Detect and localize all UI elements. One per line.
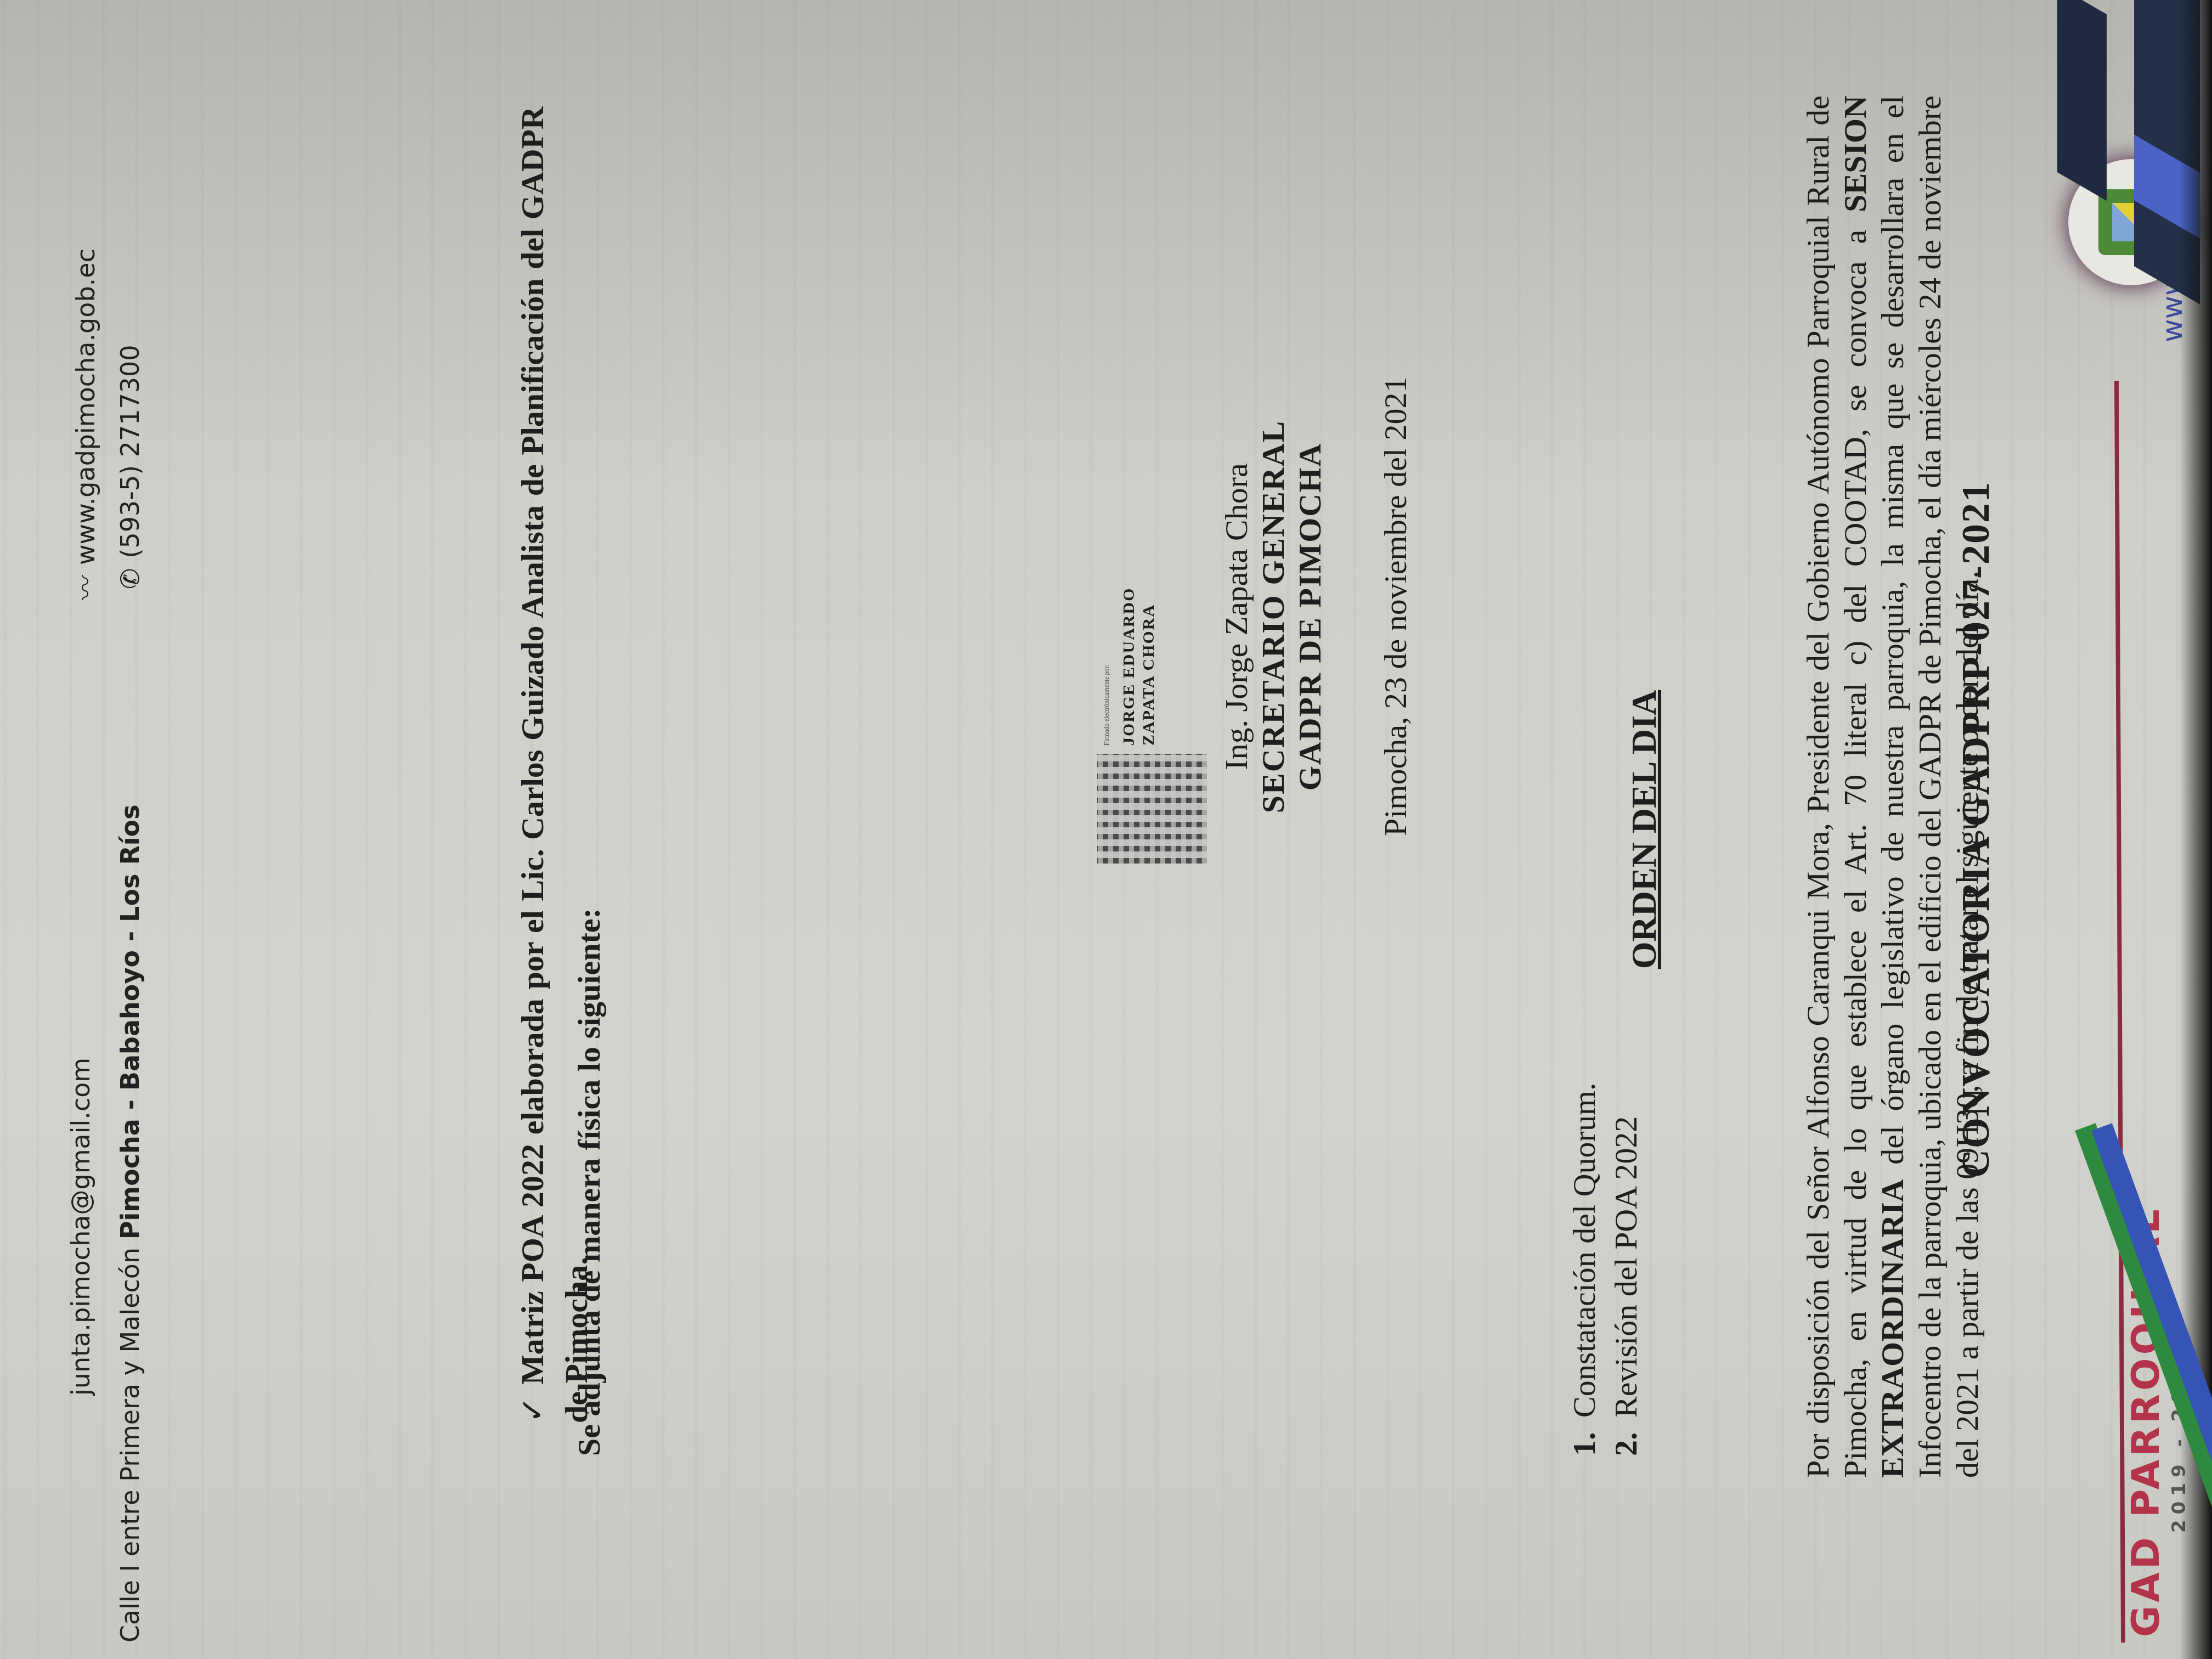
decor-stripe — [2057, 0, 2107, 201]
signer-line: JORGE EDUARDO — [1119, 587, 1139, 746]
checkmark-icon: ✓ — [510, 1385, 554, 1423]
document-page: GAD PARROQUIAL 2019 - 2023 www.gadpimoch… — [0, 0, 2212, 1659]
agenda-text: Revisión del POA 2022 — [1608, 1116, 1644, 1418]
signer-details: Ing. Jorge Zapata Chora SECRETARIO GENER… — [1218, 370, 1328, 864]
convocation-paragraph: Por disposición del Señor Alfonso Caranq… — [1799, 95, 1986, 1478]
address-text: Calle I entre Primera y Malecón — [115, 1248, 145, 1643]
attachment-item: ✓Matriz POA 2022 elaborada por el Lic. C… — [510, 106, 599, 1423]
e-signer-name: JORGE EDUARDO ZAPATA CHORA — [1119, 587, 1159, 746]
footer-address: Calle I entre Primera y Malecón Pimocha … — [115, 804, 145, 1643]
phone-text: (593-5) 2717300 — [115, 345, 145, 558]
footer-decor-stripes — [2080, 1066, 2212, 1659]
agenda-list: 1.Constatación del Quorum. 2.Revisión de… — [1564, 1082, 1647, 1456]
footer-email: junta.pimocha@gmail.com — [66, 1058, 95, 1396]
attachment-text: Matriz POA 2022 elaborada por el Lic. Ca… — [515, 106, 594, 1423]
qr-code-icon — [1097, 754, 1207, 864]
agenda-number: 2. — [1605, 1418, 1647, 1456]
agenda-item: 2.Revisión del POA 2022 — [1605, 1082, 1647, 1456]
qr-caption: Firmado electrónicamente por: — [1103, 664, 1111, 746]
signer-role: SECRETARIO GENERAL — [1255, 370, 1291, 864]
phone-icon: ✆ — [115, 568, 145, 589]
signer-line: ZAPATA CHORA — [1139, 587, 1159, 746]
agenda-item: 1.Constatación del Quorum. — [1564, 1082, 1605, 1456]
address-city: Pimocha - Babahoyo - Los Ríos — [115, 804, 145, 1239]
website-text: www.gadpimocha.gob.ec — [71, 249, 100, 565]
footer-phone: ✆(593-5) 2717300 — [115, 345, 145, 589]
agenda-number: 1. — [1564, 1418, 1605, 1456]
footer-website: 〰www.gadpimocha.gob.ec — [66, 249, 102, 600]
signer-org: GADPR DE PIMOCHA — [1291, 370, 1328, 864]
signer-name: Ing. Jorge Zapata Chora — [1218, 370, 1255, 864]
wifi-icon: 〰 — [66, 575, 102, 600]
agenda-text: Constatación del Quorum. — [1566, 1082, 1602, 1418]
date-line: Pimocha, 23 de noviembre del 2021 — [1377, 376, 1414, 836]
paragraph-text: Por disposición del Señor Alfonso Caranq… — [1800, 95, 1873, 1478]
